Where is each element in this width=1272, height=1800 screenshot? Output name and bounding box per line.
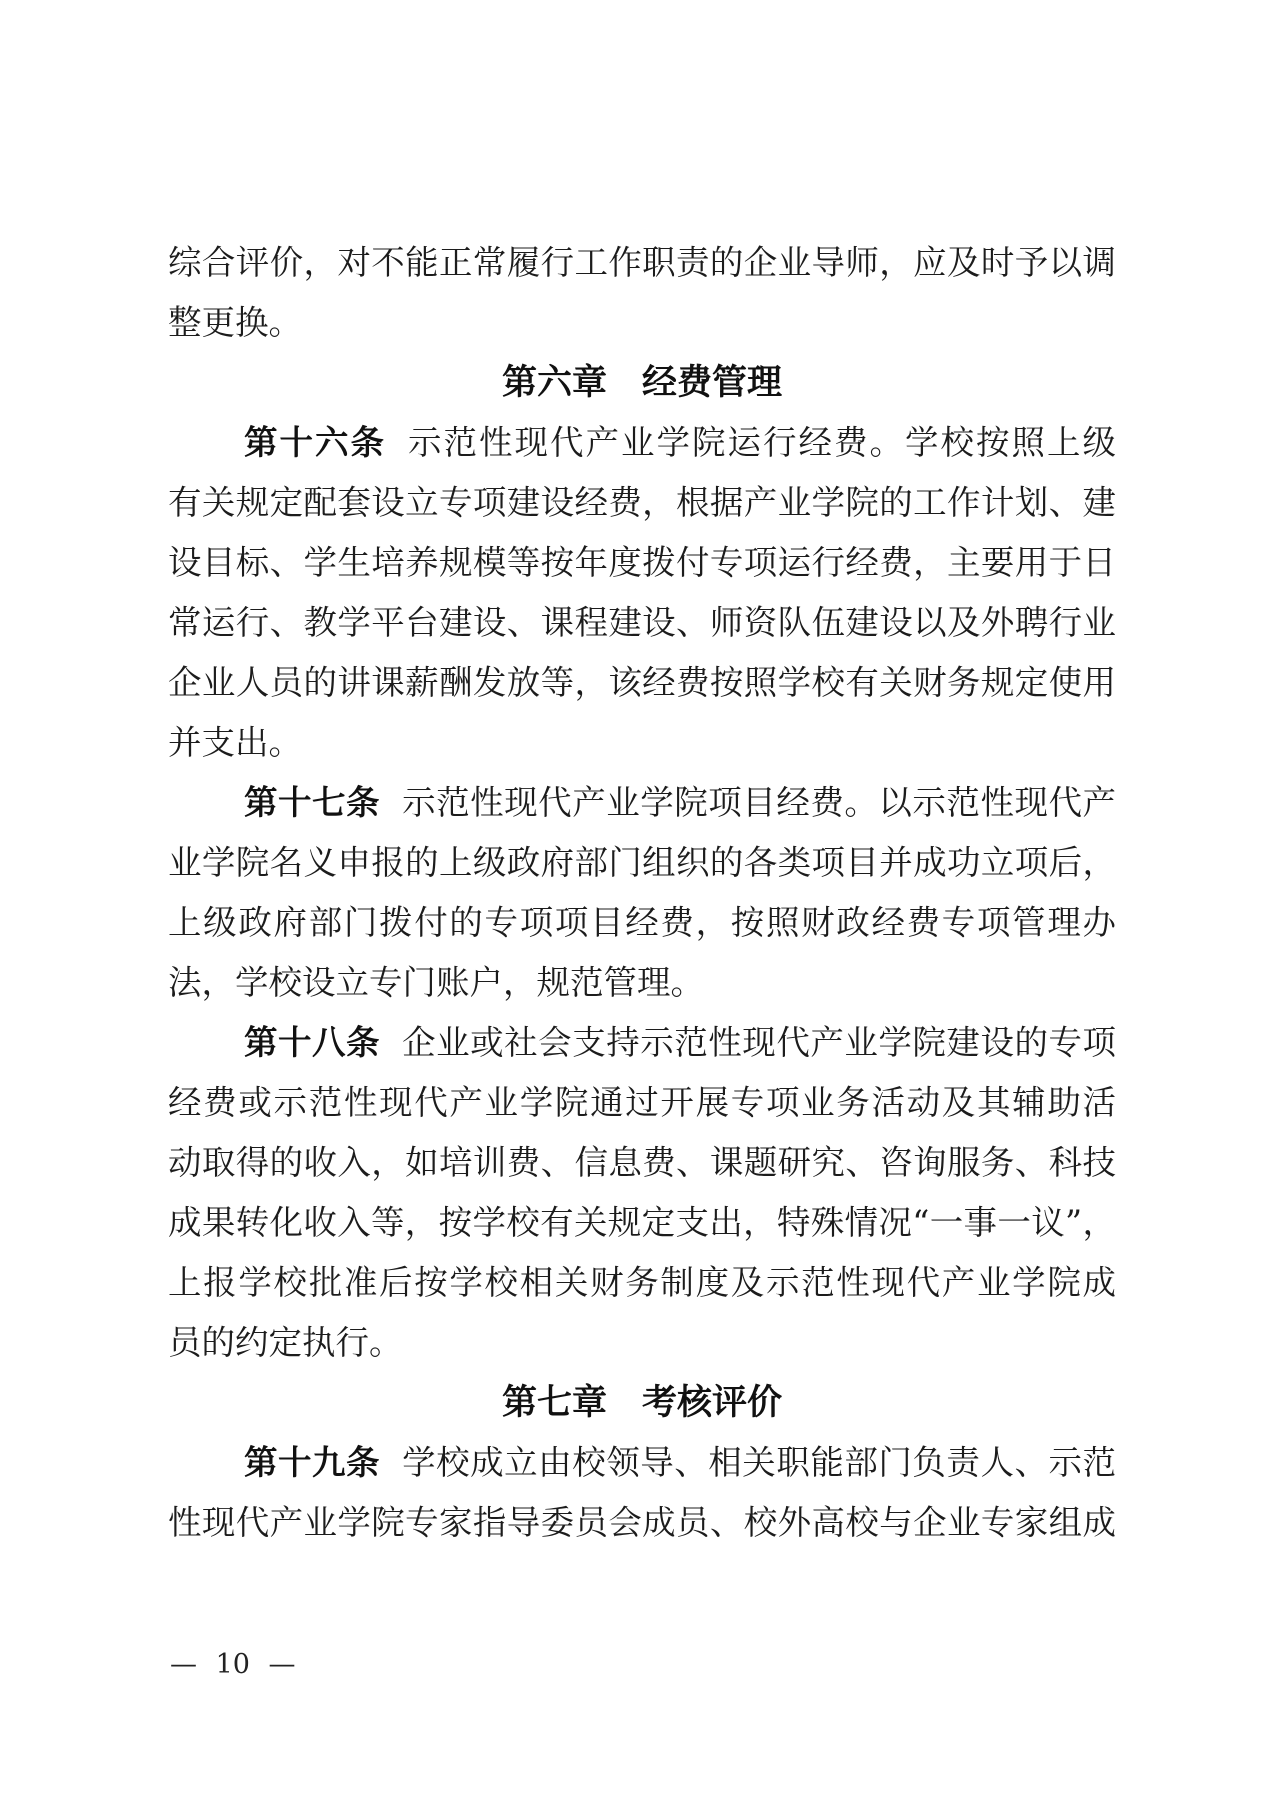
article-number: 第十九条 bbox=[244, 1443, 380, 1482]
body-line: 员的约定执行。 bbox=[168, 1313, 1116, 1373]
body-line: 常运行、教学平台建设、课程建设、师资队伍建设以及外聘行业 bbox=[168, 593, 1116, 653]
body-line: 经费或示范性现代产业学院通过开展专项业务活动及其辅助活 bbox=[168, 1073, 1116, 1133]
article-first-line: 第十八条企业或社会支持示范性现代产业学院建设的专项 bbox=[168, 1013, 1116, 1073]
document-body: 综合评价，对不能正常履行工作职责的企业导师，应及时予以调 整更换。 第六章 经费… bbox=[168, 233, 1116, 1553]
article-text: 学校成立由校领导、相关职能部门负责人、示范 bbox=[402, 1443, 1116, 1482]
body-line: 企业人员的讲课薪酬发放等，该经费按照学校有关财务规定使用 bbox=[168, 653, 1116, 713]
article-number: 第十八条 bbox=[244, 1023, 380, 1062]
article-first-line: 第十六条示范性现代产业学院运行经费。学校按照上级 bbox=[168, 413, 1116, 473]
article-number: 第十六条 bbox=[244, 423, 386, 462]
chapter-heading: 第六章 经费管理 bbox=[168, 353, 1116, 413]
body-line: 法，学校设立专门账户，规范管理。 bbox=[168, 953, 1116, 1013]
article-text: 企业或社会支持示范性现代产业学院建设的专项 bbox=[402, 1023, 1116, 1062]
body-line: 设目标、学生培养规模等按年度拨付专项运行经费，主要用于日 bbox=[168, 533, 1116, 593]
body-line: 业学院名义申报的上级政府部门组织的各类项目并成功立项后， bbox=[168, 833, 1116, 893]
body-line: 并支出。 bbox=[168, 713, 1116, 773]
body-line: 上级政府部门拨付的专项项目经费，按照财政经费专项管理办 bbox=[168, 893, 1116, 953]
page-number: — 10 — bbox=[170, 1645, 296, 1685]
article-text: 示范性现代产业学院项目经费。以示范性现代产 bbox=[402, 783, 1116, 822]
body-line: 性现代产业学院专家指导委员会成员、校外高校与企业专家组成 bbox=[168, 1493, 1116, 1553]
article-first-line: 第十七条示范性现代产业学院项目经费。以示范性现代产 bbox=[168, 773, 1116, 833]
body-line: 整更换。 bbox=[168, 293, 1116, 353]
article-number: 第十七条 bbox=[244, 783, 380, 822]
body-line: 有关规定配套设立专项建设经费，根据产业学院的工作计划、建 bbox=[168, 473, 1116, 533]
body-line: 动取得的收入，如培训费、信息费、课题研究、咨询服务、科技 bbox=[168, 1133, 1116, 1193]
body-line: 上报学校批准后按学校相关财务制度及示范性现代产业学院成 bbox=[168, 1253, 1116, 1313]
body-line: 综合评价，对不能正常履行工作职责的企业导师，应及时予以调 bbox=[168, 233, 1116, 293]
document-page: 综合评价，对不能正常履行工作职责的企业导师，应及时予以调 整更换。 第六章 经费… bbox=[0, 0, 1272, 1800]
body-line: 成果转化收入等，按学校有关规定支出，特殊情况“一事一议”， bbox=[168, 1193, 1116, 1253]
article-text: 示范性现代产业学院运行经费。学校按照上级 bbox=[408, 423, 1116, 462]
chapter-heading: 第七章 考核评价 bbox=[168, 1373, 1116, 1433]
article-first-line: 第十九条学校成立由校领导、相关职能部门负责人、示范 bbox=[168, 1433, 1116, 1493]
